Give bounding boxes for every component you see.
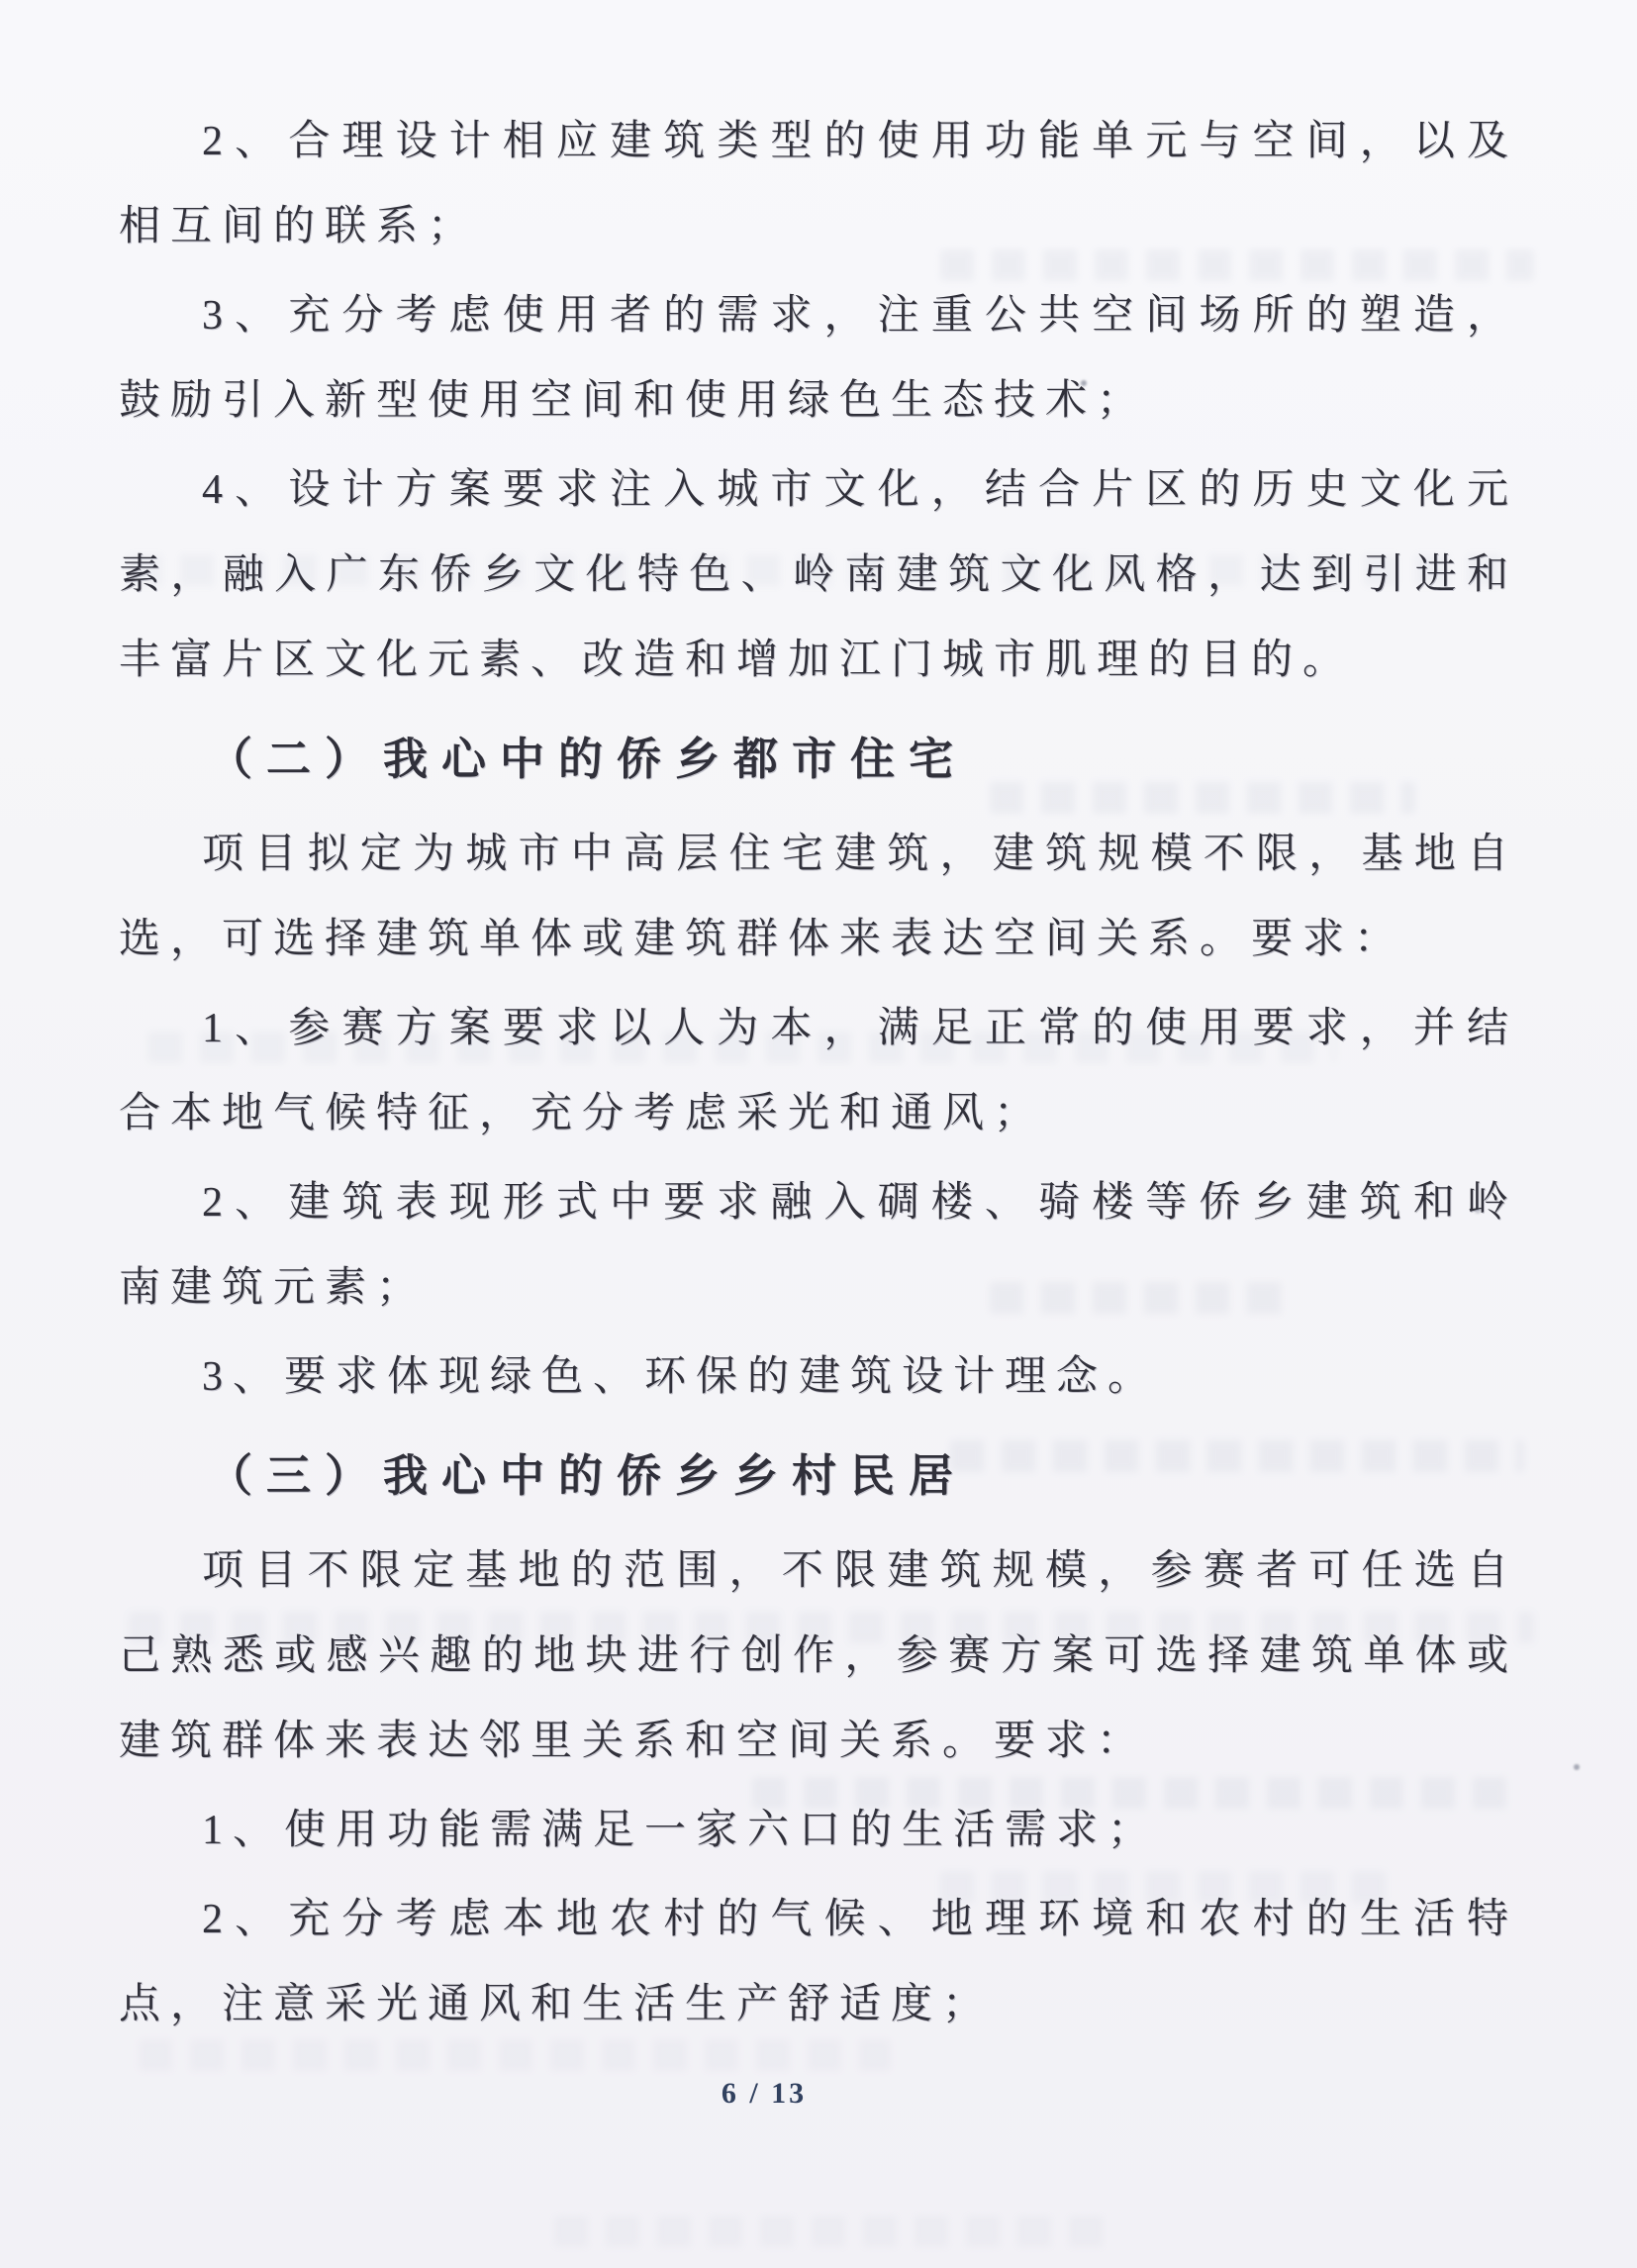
body-paragraph: 3、充分考虑使用者的需求，注重公共空间场所的塑造，鼓励引入新型使用空间和使用绿色… [119,273,1518,444]
body-paragraph: 2、充分考虑本地农村的气候、地理环境和农村的生活特点，注意采光通风和生活生产舒适… [119,1877,1518,2047]
section-heading: （二）我心中的侨乡都市住宅 [119,717,1518,802]
body-paragraph: 1、使用功能需满足一家六口的生活需求； [119,1788,1518,1873]
scan-speck [1574,1764,1580,1770]
bleedthrough-smudge [554,2216,1108,2247]
scanned-document-page: 2、合理设计相应建筑类型的使用功能单元与空间，以及相互间的联系；3、充分考虑使用… [0,0,1637,2268]
body-paragraph: 2、建筑表现形式中要求融入碉楼、骑楼等侨乡建筑和岭南建筑元素； [119,1160,1518,1331]
body-paragraph: 项目不限定基地的范围，不限建筑规模，参赛者可任选自己熟悉或感兴趣的地块进行创作，… [119,1528,1518,1784]
page-number: 6 / 13 [0,2077,1583,2111]
body-paragraph: 1、参赛方案要求以人为本，满足正常的使用要求，并结合本地气候特征，充分考虑采光和… [119,986,1518,1156]
body-paragraph: 4、设计方案要求注入城市文化，结合片区的历史文化元素，融入广东侨乡文化特色、岭南… [119,447,1518,703]
body-paragraph: 项目拟定为城市中高层住宅建筑，建筑规模不限，基地自选，可选择建筑单体或建筑群体来… [119,812,1518,982]
document-body: 2、合理设计相应建筑类型的使用功能单元与空间，以及相互间的联系；3、充分考虑使用… [119,99,1518,2051]
section-heading: （三）我心中的侨乡乡村民居 [119,1433,1518,1519]
body-paragraph: 2、合理设计相应建筑类型的使用功能单元与空间，以及相互间的联系； [119,99,1518,269]
body-paragraph: 3、要求体现绿色、环保的建筑设计理念。 [119,1334,1518,1420]
